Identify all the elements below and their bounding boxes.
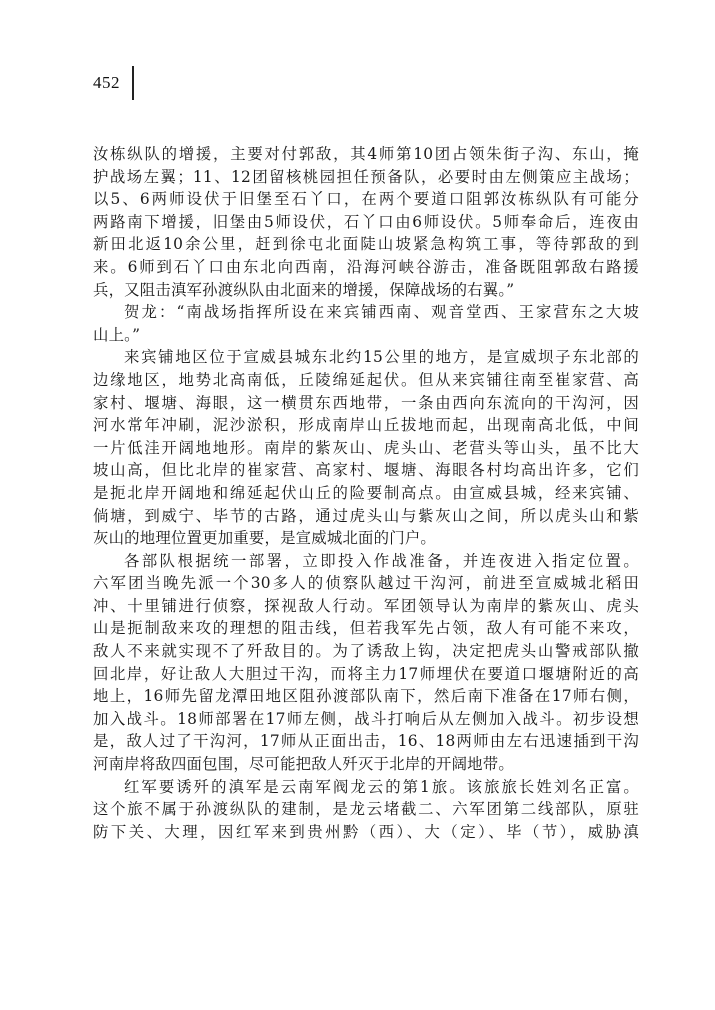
- text-line: 边缘地区，地势北高南低，丘陵绵延起伏。但从来宾铺往南至崔家营、高: [93, 369, 639, 392]
- text-line: 敌人不来就实现不了歼敌目的。为了诱敌上钩，决定把虎头山警戒部队撤: [93, 640, 639, 663]
- text-line: 这个旅不属于孙渡纵队的建制，是龙云堵截二、六军团第二线部队，原驻: [93, 798, 639, 821]
- text-line: 两路南下增援，旧堡由5师设伏，石丫口由6师设伏。5师奉命后，连夜由: [93, 211, 639, 234]
- text-line: 六军团当晚先派一个30多人的侦察队越过干沟河，前进至宣威城北稻田: [93, 572, 639, 595]
- text-line: 坡山高，但比北岸的崔家营、高家村、堰塘、海眼各村均高出许多，它们: [93, 459, 639, 482]
- text-line: 河南岸将敌四面包围，尽可能把敌人歼灭于北岸的开阔地带。: [93, 753, 639, 776]
- text-line: 红军要诱歼的滇军是云南军阀龙云的第1旅。该旅旅长姓刘名正富。: [93, 776, 639, 799]
- text-line: 一片低洼开阔地地形。南岸的紫灰山、虎头山、老营头等山头，虽不比大: [93, 437, 639, 460]
- text-line: 以5、6两师设伏于旧堡至石丫口，在两个要道口阻郭汝栋纵队有可能分: [93, 188, 639, 211]
- text-line: 防下关、大理，因红军来到贵州黔（西）、大（定）、毕（节），威胁滇: [93, 821, 639, 844]
- text-line: 来。6师到石丫口由东北向西南，沿海河峡谷游击，准备既阻郭敌右路援: [93, 256, 639, 279]
- text-line: 各部队根据统一部署，立即投入作战准备，并连夜进入指定位置。: [93, 550, 639, 573]
- text-line: 贺龙：“南战场指挥所设在来宾铺西南、观音堂西、王家营东之大坡: [93, 301, 639, 324]
- text-line: 山上。”: [93, 324, 639, 347]
- text-line: 来宾铺地区位于宣威县城东北约15公里的地方，是宣威坝子东北部的: [93, 346, 639, 369]
- text-line: 灰山的地理位置更加重要，是宣威城北面的门户。: [93, 527, 639, 550]
- body-text: 汝栋纵队的增援，主要对付郭敌，其4师第10团占领朱街子沟、东山，掩护战场左翼；1…: [93, 143, 639, 843]
- page-number: 452: [93, 73, 120, 93]
- text-line: 回北岸，好让敌人大胆过干沟，而将主力17师埋伏在要道口堰塘附近的高: [93, 663, 639, 686]
- page-header: 452: [93, 66, 134, 100]
- text-line: 地上，16师先留龙潭田地区阻孙渡部队南下，然后南下准备在17师右侧，: [93, 685, 639, 708]
- header-rule: [132, 66, 134, 100]
- text-line: 加入战斗。18师部署在17师左侧，战斗打响后从左侧加入战斗。初步设想: [93, 708, 639, 731]
- text-line: 冲、十里铺进行侦察，探视敌人行动。军团领导认为南岸的紫灰山、虎头: [93, 595, 639, 618]
- text-line: 汝栋纵队的增援，主要对付郭敌，其4师第10团占领朱街子沟、东山，掩: [93, 143, 639, 166]
- text-line: 倘塘，到威宁、毕节的古路，通过虎头山与紫灰山之间，所以虎头山和紫: [93, 505, 639, 528]
- text-line: 新田北返10余公里，赶到徐屯北面陡山坡紧急构筑工事，等待郭敌的到: [93, 233, 639, 256]
- text-line: 山是扼制敌来攻的理想的阻击线，但若我军先占领，敌人有可能不来攻，: [93, 617, 639, 640]
- text-line: 家村、堰塘、海眼，这一横贯东西地带，一条由西向东流向的干沟河，因: [93, 392, 639, 415]
- text-line: 是扼北岸开阔地和绵延起伏山丘的险要制高点。由宣威县城，经来宾铺、: [93, 482, 639, 505]
- text-line: 是，敌人过了干沟河，17师从正面出击，16、18两师由左右迅速插到干沟: [93, 730, 639, 753]
- text-line: 护战场左翼；11、12团留核桃园担任预备队，必要时由左侧策应主战场；: [93, 166, 639, 189]
- text-line: 河水常年冲刷，泥沙淤积，形成南岸山丘拔地而起，出现南高北低，中间: [93, 414, 639, 437]
- text-line: 兵，又阻击滇军孙渡纵队由北面来的增援，保障战场的右翼。”: [93, 279, 639, 302]
